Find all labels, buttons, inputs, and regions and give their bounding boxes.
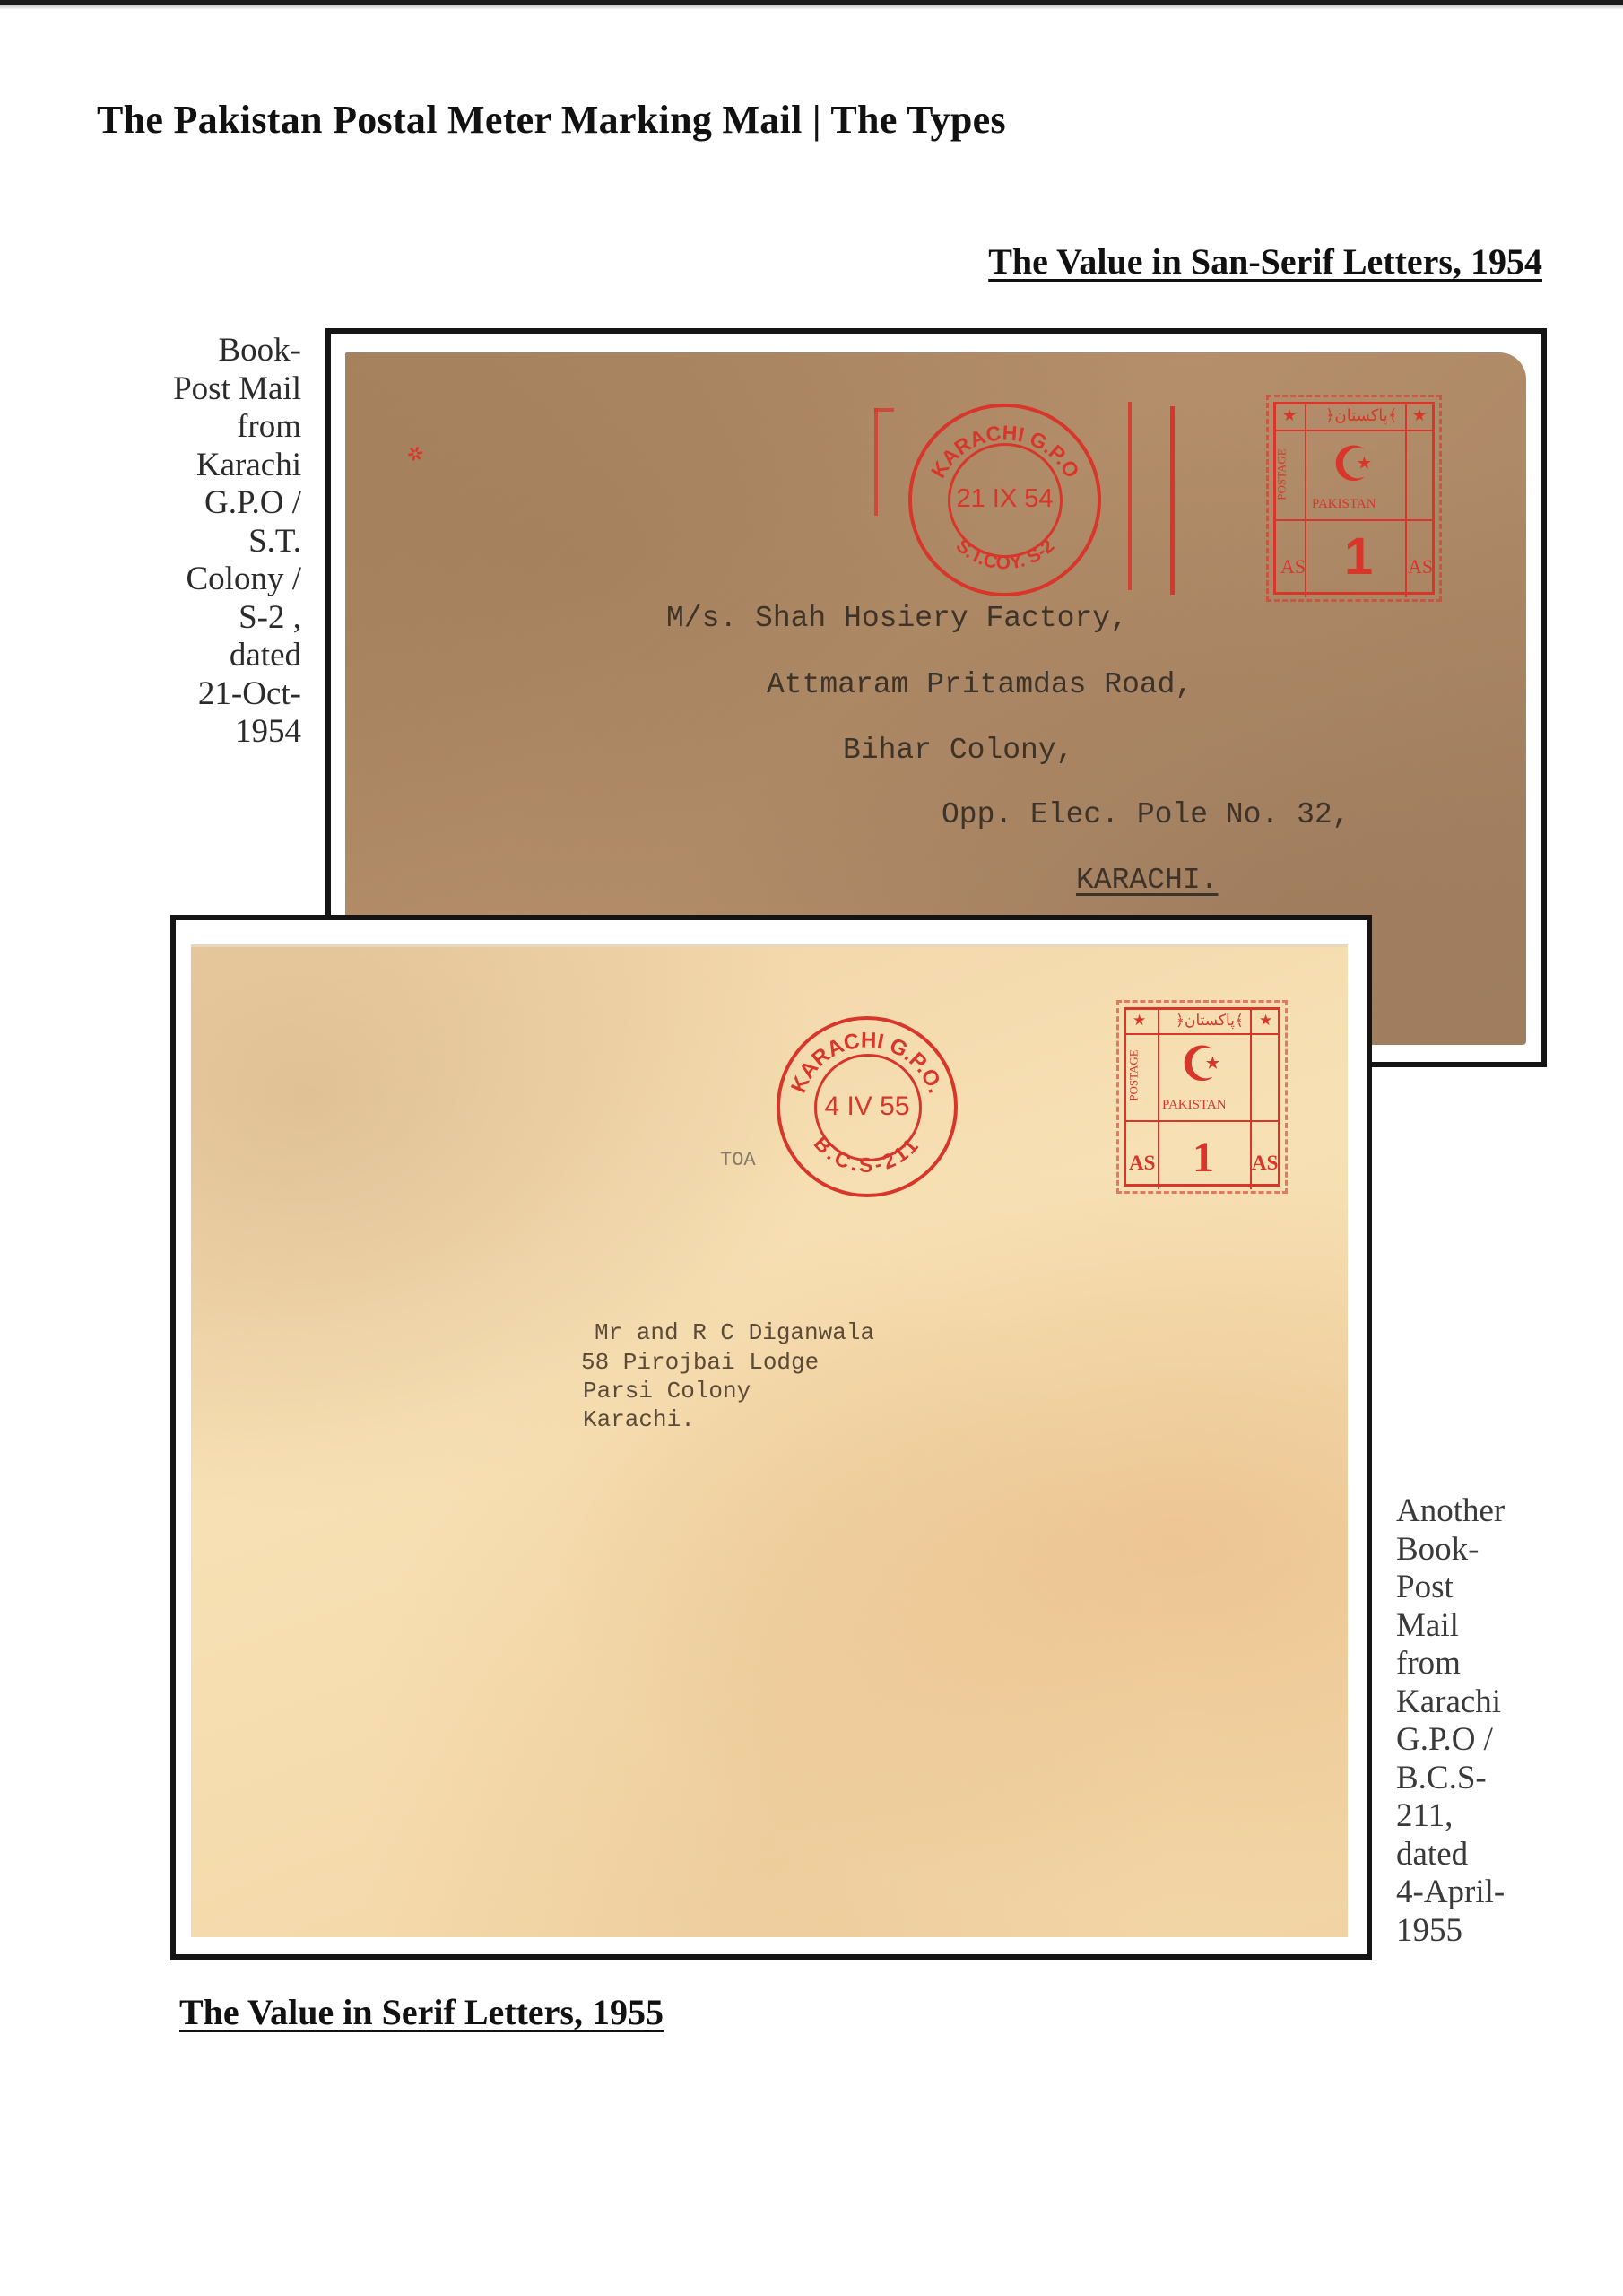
address-line: Parsi Colony <box>583 1378 751 1405</box>
caption-line: dated <box>1396 1836 1505 1874</box>
caption-line: B.C.S- <box>1396 1760 1505 1798</box>
handstamp-mark: TOA <box>720 1149 756 1171</box>
svg-text:B.C.S-211: B.C.S-211 <box>810 1132 924 1177</box>
section-heading-1954: The Value in San-Serif Letters, 1954 <box>988 240 1542 283</box>
caption-line: Another <box>1396 1492 1505 1531</box>
meter-unit-left: AS <box>1129 1152 1155 1175</box>
meter-stamp-1955: ★ ★ ﴿پاکستان﴾ ☪ PAKISTAN POSTAGE AS AS 1 <box>1124 1007 1280 1187</box>
caption-line: Colony / <box>126 561 301 599</box>
meter-value: 1 <box>1193 1135 1214 1180</box>
crescent-star-icon: ☪ <box>1180 1040 1223 1089</box>
postmark-date: 4 IV 55 <box>780 1091 954 1122</box>
caption-line: Karachi <box>126 447 301 485</box>
address-line: Opp. Elec. Pole No. 32, <box>942 798 1350 831</box>
meter-unit-right: AS <box>1252 1152 1278 1175</box>
caption-line: from <box>126 408 301 447</box>
urdu-inscription: ﴿پاکستان﴾ <box>1176 1011 1244 1030</box>
caption-line: S-2 , <box>126 599 301 638</box>
postmark-1955: KARACHI G.P.O. B.C.S-211 4 IV 55 <box>777 1016 958 1197</box>
caption-line: S.T. <box>126 523 301 561</box>
caption-line: 1955 <box>1396 1912 1505 1951</box>
star-icon: ★ <box>1133 1012 1146 1030</box>
cover-1955: KARACHI G.P.O. B.C.S-211 4 IV 55 TOA ★ ★… <box>191 944 1348 1937</box>
meter-value: 1 <box>1344 530 1373 584</box>
postmark-date: 21 IX 54 <box>912 484 1098 514</box>
meter-divider <box>1405 404 1407 597</box>
urdu-inscription: ﴿پاکستان﴾ <box>1325 406 1397 425</box>
caption-line: Mail <box>1396 1607 1505 1646</box>
section-heading-1955: The Value in Serif Letters, 1955 <box>179 1991 664 2033</box>
meter-frame-bar <box>874 408 894 412</box>
star-icon: ★ <box>1259 1012 1272 1030</box>
address-line: Karachi. <box>583 1406 695 1433</box>
address-line: Attmaram Pritamdas Road, <box>767 668 1193 701</box>
caption-line: Book- <box>1396 1531 1505 1570</box>
meter-divider <box>1158 1010 1159 1189</box>
caption-line: Post <box>1396 1569 1505 1607</box>
caption-line: Book- <box>126 332 301 370</box>
caption-line: G.P.O / <box>126 484 301 523</box>
meter-frame-bar <box>1128 402 1132 590</box>
address-line: 58 Pirojbai Lodge <box>581 1349 819 1376</box>
svg-text:S.T.COY. S-2: S.T.COY. S-2 <box>952 535 1059 573</box>
address-line: Bihar Colony, <box>843 734 1073 767</box>
star-icon: ★ <box>1282 406 1297 425</box>
red-mark: ✲ <box>402 444 428 465</box>
svg-text:KARACHI G.P.O.: KARACHI G.P.O. <box>786 1029 948 1097</box>
meter-unit-right: AS <box>1408 555 1433 578</box>
meter-frame-bar <box>1170 406 1175 595</box>
caption-cover-1955: Another Book- Post Mail from Karachi G.P… <box>1396 1492 1505 1950</box>
caption-line: dated <box>126 637 301 675</box>
caption-line: G.P.O / <box>1396 1721 1505 1760</box>
address-line: M/s. Shah Hosiery Factory, <box>666 602 1128 635</box>
svg-text:KARACHI G.P.O: KARACHI G.P.O <box>926 421 1084 482</box>
meter-country: PAKISTAN <box>1162 1098 1227 1113</box>
caption-line: Karachi <box>1396 1683 1505 1722</box>
meter-side-label: POSTAGE <box>1127 1049 1141 1100</box>
caption-line: from <box>1396 1645 1505 1683</box>
caption-line: 4-April- <box>1396 1874 1505 1912</box>
star-icon: ★ <box>1412 406 1427 425</box>
crescent-star-icon: ☪ <box>1332 440 1375 489</box>
caption-cover-1954: Book- Post Mail from Karachi G.P.O / S.T… <box>126 332 301 752</box>
meter-stamp-1954: ★ ★ ﴿پاکستان﴾ ☪ PAKISTAN POSTAGE AS AS 1 <box>1273 402 1435 595</box>
page-title: The Pakistan Postal Meter Marking Mail |… <box>97 97 1006 143</box>
meter-side-label: POSTAGE <box>1275 448 1289 500</box>
caption-line: 211, <box>1396 1797 1505 1836</box>
address-line: Mr and R C Diganwala <box>595 1319 874 1346</box>
scan-edge-shadow <box>0 5 1623 9</box>
address-line: KARACHI. <box>1076 864 1218 897</box>
caption-line: 21-Oct- <box>126 675 301 714</box>
meter-country: PAKISTAN <box>1312 497 1376 512</box>
caption-line: Post Mail <box>126 370 301 409</box>
postmark-1954: KARACHI G.P.O S.T.COY. S-2 21 IX 54 <box>908 404 1101 596</box>
caption-line: 1954 <box>126 713 301 752</box>
meter-unit-left: AS <box>1280 555 1306 578</box>
meter-frame-bar <box>874 408 878 516</box>
